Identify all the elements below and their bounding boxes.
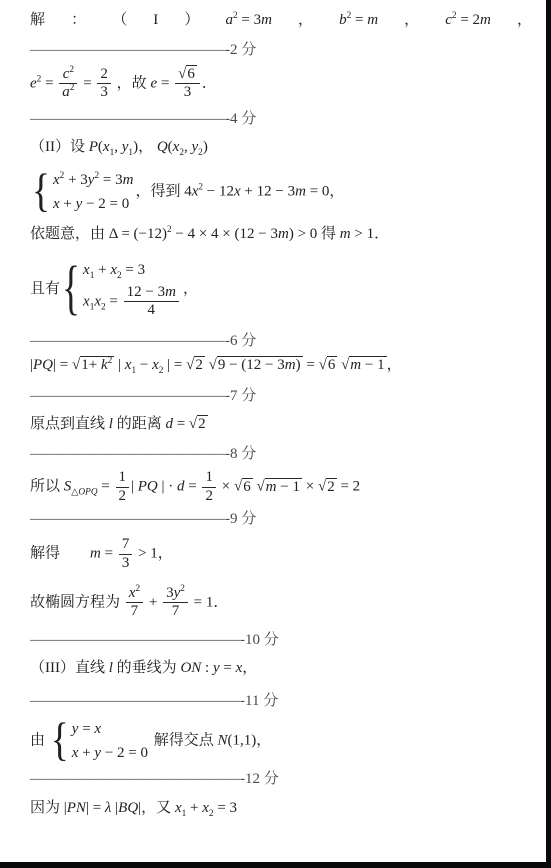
score-separator-10: ——————————————-10 分 (30, 630, 536, 650)
score-separator-8: —————————————-8 分 (30, 444, 536, 464)
system-substitution-line: {x2 + 3y2 = 3mx + y − 2 = 0，得到 4x2 − 12x… (30, 170, 536, 215)
score-separator-11: ——————————————-11 分 (30, 691, 536, 711)
ratio-condition-line: 因为 |PN| = λ |BQ|，又 x1 + x2 = 3 (30, 798, 536, 818)
score-separator-12: ——————————————-12 分 (30, 769, 536, 789)
score-separator-6: —————————————-6 分 (30, 331, 536, 351)
intersection-point-line: 由 {y = xx + y − 2 = 0 解得交点 N(1,1)， (30, 719, 536, 764)
part2-setup-line: （II）设 P(x1, y1)， Q(x2, y2) (30, 137, 536, 157)
origin-distance-line: 原点到直线 l 的距离 d = √2 (30, 414, 536, 434)
eccentricity-line: e2 = c2a2 = 23 ，故 e = √63． (30, 67, 536, 102)
discriminant-line: 依题意，由 Δ = (−12)2 − 4 × 4 × (12 − 3m) > 0… (30, 224, 536, 244)
triangle-area-line: 所以 S△OPQ = 12| PQ | · d = 12 × √6 √m − 1… (30, 470, 536, 505)
math-solution-page: 解：（I）a2 = 3m，b2 = m，c2 = 2m， ———————————… (0, 0, 551, 868)
solve-m-line: 解得 m = 73 > 1， (30, 537, 536, 572)
chord-length-line: |PQ| = √1+ k2 | x1 − x2 | = √2 √9 − (12 … (30, 355, 536, 375)
score-separator-7: —————————————-7 分 (30, 386, 536, 406)
vieta-line: 且有{x1 + x2 = 3x1x2 = 12 − 3m4， (30, 260, 536, 319)
ellipse-equation-line: 故椭圆方程为 x27 + 3y27 = 1． (30, 586, 536, 621)
score-separator-2: —————————————-2 分 (30, 40, 536, 60)
solution-header-line: 解：（I）a2 = 3m，b2 = m，c2 = 2m， (30, 10, 536, 30)
score-separator-9: —————————————-9 分 (30, 509, 536, 529)
score-separator-4: —————————————-4 分 (30, 109, 536, 129)
part3-perpendicular-line: （III）直线 l 的垂线为 ON : y = x， (30, 658, 536, 678)
